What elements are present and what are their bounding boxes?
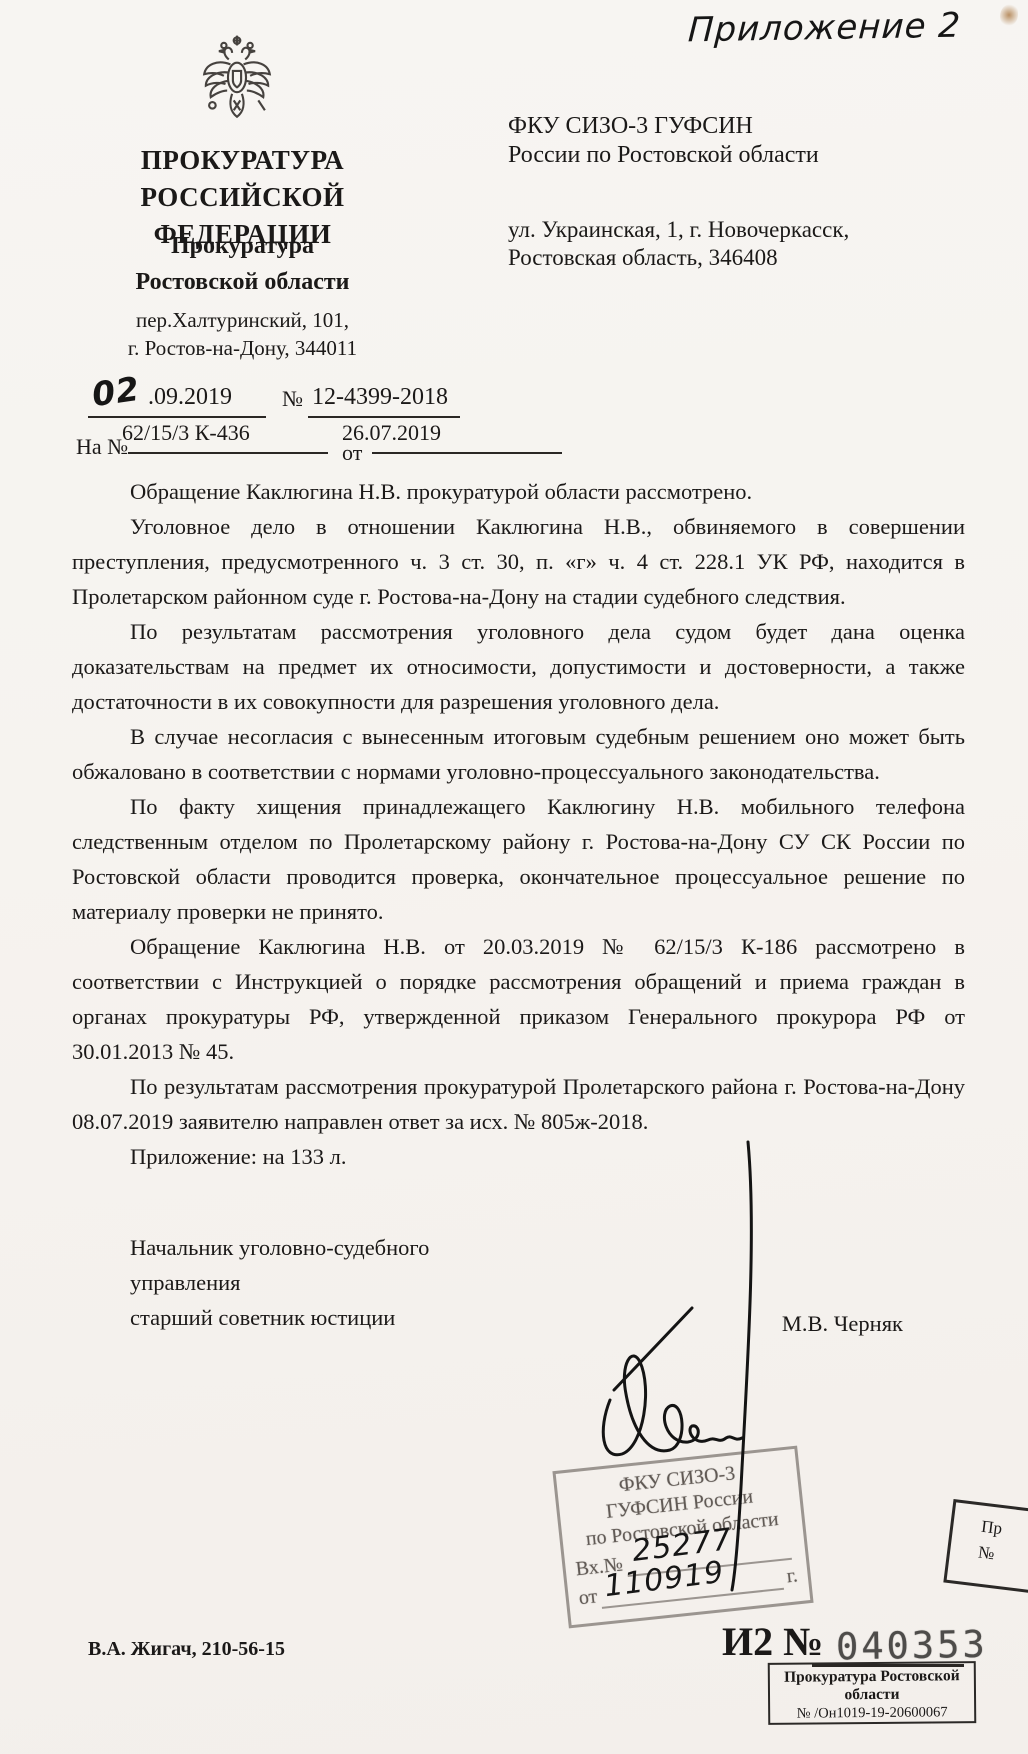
executor-line: В.А. Жигач, 210-56-15 xyxy=(88,1638,285,1661)
signature-block: Начальник уголовно-судебного управления … xyxy=(72,1230,965,1335)
paragraph: По факту хищения принадлежащего Каклюгин… xyxy=(72,789,965,929)
number-underline xyxy=(308,416,460,418)
handwritten-signature xyxy=(596,1138,806,1598)
org-subtitle-line1: Прокуратура xyxy=(55,228,430,264)
partial-stamp-line2: № xyxy=(977,1540,1028,1576)
recipient-line1: ФКУ СИЗО-3 ГУФСИН xyxy=(508,112,978,141)
reply-number-underline xyxy=(128,452,328,454)
org-address-line2: г. Ростов-на-Дону, 344011 xyxy=(55,334,430,362)
recipient-block: ФКУ СИЗО-3 ГУФСИН России по Ростовской о… xyxy=(508,112,978,170)
outgoing-number: 12-4399-2018 xyxy=(312,384,448,411)
recipient-address-line1: ул. Украинская, 1, г. Новочеркасск, xyxy=(508,216,978,244)
recipient-line2: России по Ростовской области xyxy=(508,141,978,170)
partial-edge-stamp: Пр № xyxy=(943,1499,1028,1597)
recipient-address-line2: Ростовская область, 346408 xyxy=(508,244,978,272)
org-subtitle: Прокуратура Ростовской области xyxy=(55,228,430,300)
signer-position-line1: Начальник уголовно-судебного xyxy=(72,1230,965,1265)
paragraph: Обращение Каклюгина Н.В. от 20.03.2019 №… xyxy=(72,929,965,1069)
registry-stamp: Прокуратура Ростовской области № /Он1019… xyxy=(768,1661,977,1725)
date-underline xyxy=(88,416,266,418)
paragraph: Обращение Каклюгина Н.В. прокуратурой об… xyxy=(72,474,965,509)
org-title-line1: ПРОКУРАТУРА xyxy=(55,142,430,179)
dispatch-prefix: И2 № xyxy=(722,1618,823,1665)
attachment-line: Приложение: на 133 л. xyxy=(72,1139,965,1174)
handwritten-annotation: Приложение 2 xyxy=(687,6,962,51)
scanned-letter-page: Приложение 2 xyxy=(0,0,1028,1754)
registry-stamp-line1: Прокуратура Ростовской xyxy=(770,1667,974,1687)
letter-body: Обращение Каклюгина Н.В. прокуратурой об… xyxy=(72,474,965,1335)
registry-stamp-line2: области xyxy=(770,1685,974,1705)
paragraph: Уголовное дело в отношении Каклюгина Н.В… xyxy=(72,509,965,614)
outgoing-date-typed: .09.2019 xyxy=(148,384,232,411)
registry-stamp-number: № /Он1019-19-20600067 xyxy=(770,1703,974,1723)
paragraph: По результатам рассмотрения прокуратурой… xyxy=(72,1069,965,1139)
org-address-line1: пер.Халтуринский, 101, xyxy=(55,306,430,334)
recipient-address: ул. Украинская, 1, г. Новочеркасск, Рост… xyxy=(508,216,978,272)
coat-of-arms-icon xyxy=(196,30,278,138)
reply-to-label: На № xyxy=(76,434,128,460)
signer-position-line2: управления xyxy=(72,1265,965,1300)
scan-speck xyxy=(1000,4,1018,26)
org-subtitle-line2: Ростовской области xyxy=(55,264,430,300)
number-sign-label: № xyxy=(282,386,303,412)
reply-date-underline xyxy=(372,452,562,454)
outgoing-date-handwritten: 02 xyxy=(90,369,143,414)
reply-date: 26.07.2019 xyxy=(342,420,441,446)
paragraph: По результатам рассмотрения уголовного д… xyxy=(72,614,965,719)
org-address: пер.Халтуринский, 101, г. Ростов-на-Дону… xyxy=(55,306,430,362)
reply-number: 62/15/3 К-436 xyxy=(122,420,250,446)
paragraph: В случае несогласия с вынесенным итоговы… xyxy=(72,719,965,789)
